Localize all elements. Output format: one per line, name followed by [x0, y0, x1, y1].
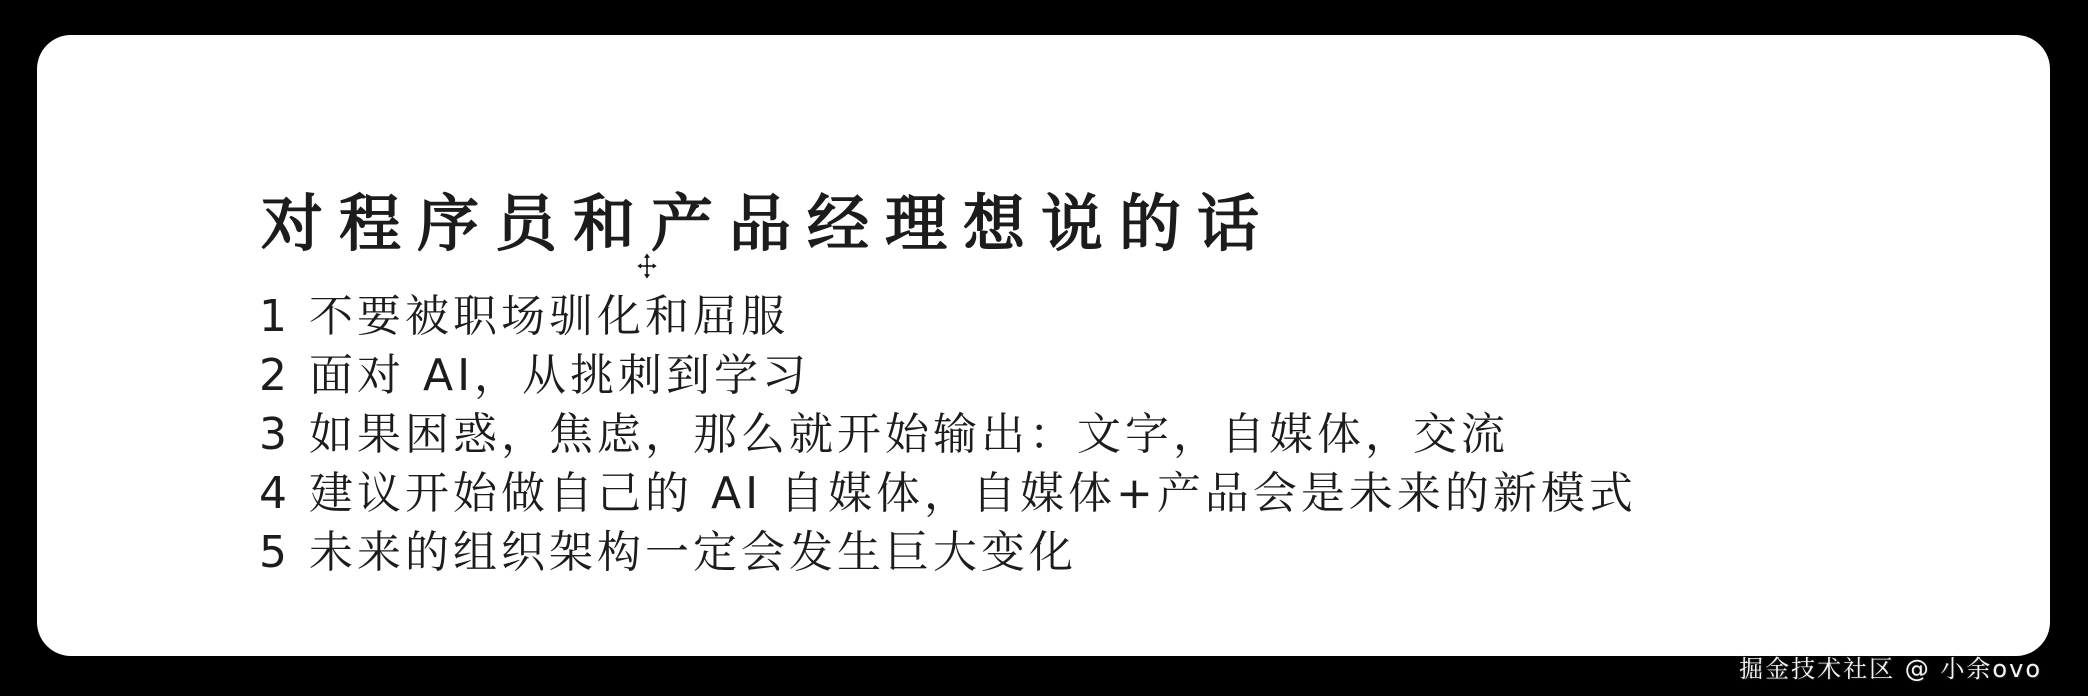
move-cursor-icon [635, 251, 659, 281]
slide-list: 1 不要被职场驯化和屈服 2 面对 AI，从挑刺到学习 3 如果困惑，焦虑，那么… [259, 287, 1637, 582]
watermark: 掘金技术社区 @ 小余ovo [1739, 649, 2042, 684]
list-item: 4 建议开始做自己的 AI 自媒体，自媒体+产品会是未来的新模式 [259, 464, 1637, 523]
list-item: 1 不要被职场驯化和屈服 [259, 287, 1637, 346]
screen-background: 对程序员和产品经理想说的话 1 不要被职场驯化和屈服 2 面对 AI，从挑刺到学… [0, 0, 2088, 696]
list-item: 2 面对 AI，从挑刺到学习 [259, 346, 1637, 405]
slide-title: 对程序员和产品经理想说的话 [261, 193, 1275, 255]
list-item: 3 如果困惑，焦虑，那么就开始输出：文字，自媒体，交流 [259, 405, 1637, 464]
slide-card: 对程序员和产品经理想说的话 1 不要被职场驯化和屈服 2 面对 AI，从挑刺到学… [37, 35, 2050, 656]
list-item: 5 未来的组织架构一定会发生巨大变化 [259, 523, 1637, 582]
